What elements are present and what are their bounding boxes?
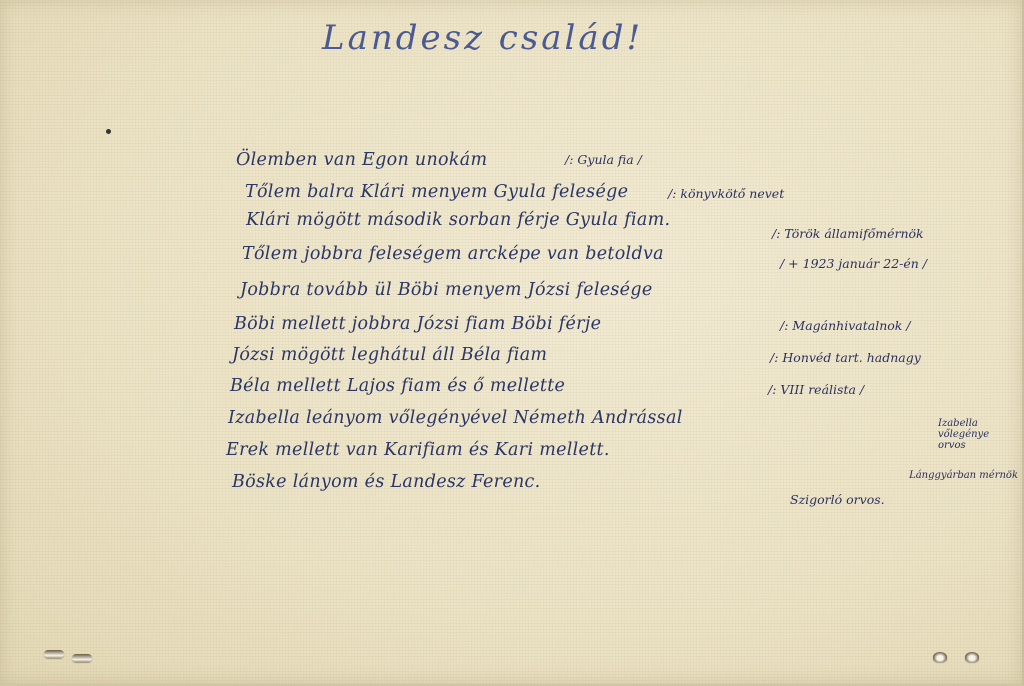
text-line-6: Böbi mellett jobbra Józsi fiam Böbi férj… xyxy=(234,314,601,334)
staple-hole xyxy=(933,652,947,662)
annotation-fiance-doctor: Izabella vőlegénye orvos xyxy=(938,418,1018,451)
text-line-11: Böske lányom és Landesz Ferenc. xyxy=(232,472,541,492)
annotation-death-date: / + 1923 január 22-én / xyxy=(780,256,927,271)
text-line-7: Józsi mögött leghátul áll Béla fiam xyxy=(232,345,547,365)
text-line-1: Ölemben van Egon unokám xyxy=(236,150,487,170)
annotation-private-clerk: /: Magánhivatalnok / xyxy=(780,318,911,333)
annotation-medical-student: Szigorló orvos. xyxy=(790,492,885,507)
document-title: Landesz család! xyxy=(322,18,643,58)
staple-hole xyxy=(44,650,64,658)
annotation-realschool: /: VIII reálista / xyxy=(768,382,864,397)
annotation-gyula-son: /: Gyula fia / xyxy=(565,152,642,167)
postcard-back: Landesz család! Ölemben van Egon unokám … xyxy=(0,0,1024,686)
annotation-lieutenant: /: Honvéd tart. hadnagy xyxy=(770,350,921,365)
text-line-2: Tőlem balra Klári menyem Gyula felesége xyxy=(245,182,628,202)
text-line-3: Klári mögött második sorban férje Gyula … xyxy=(246,210,670,230)
annotation-state-engineer: /: Török államifőmérnök xyxy=(772,226,924,241)
staple-hole xyxy=(72,654,92,662)
text-line-10: Erek mellett van Karifiam és Kari mellet… xyxy=(226,440,610,460)
annotation-factory-engineer: Lánggyárban mérnök xyxy=(868,470,1018,481)
text-line-5: Jobbra tovább ül Böbi menyem Józsi feles… xyxy=(240,280,652,300)
staple-hole xyxy=(965,652,979,662)
text-line-4: Tőlem jobbra feleségem arcképe van betol… xyxy=(242,244,664,264)
annotation-bookbinder: /: könyvkötő nevet xyxy=(668,186,784,201)
text-line-8: Béla mellett Lajos fiam és ő mellette xyxy=(230,376,565,396)
ink-dot xyxy=(106,129,111,134)
text-line-9: Izabella leányom vőlegényével Németh And… xyxy=(228,408,683,428)
